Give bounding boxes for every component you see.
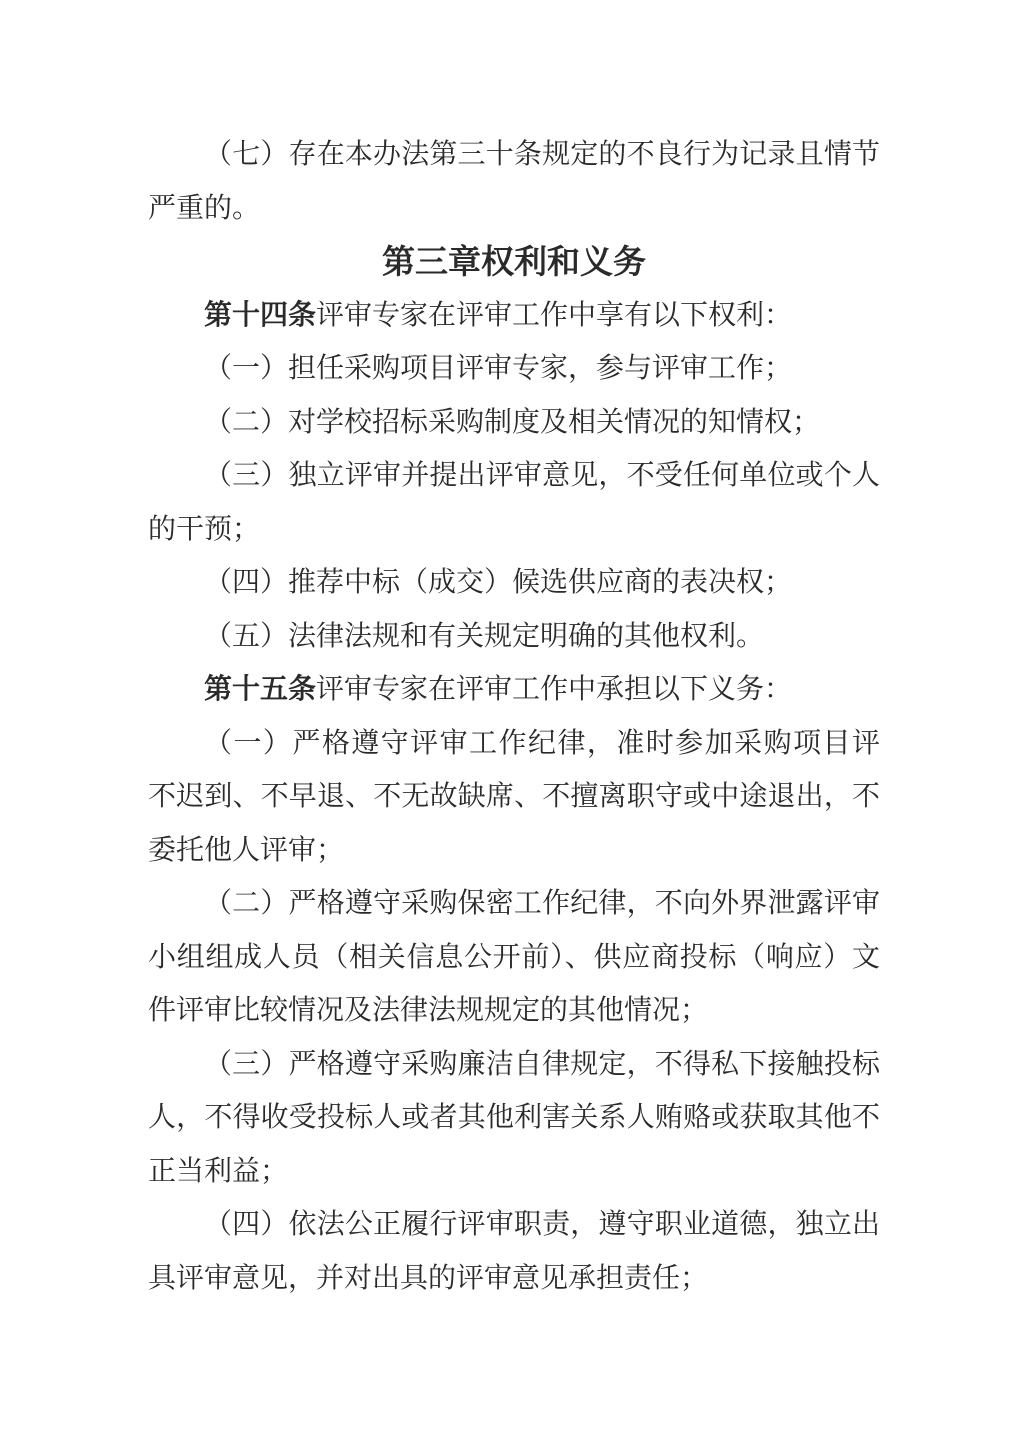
- duty-item-4-line-2: 具评审意见，并对出具的评审意见承担责任；: [148, 1252, 880, 1306]
- duty-item-3-line-1: （三）严格遵守采购廉洁自律规定，不得私下接触投标: [148, 1038, 880, 1092]
- duty-item-2-line-1: （二）严格遵守采购保密工作纪律，不向外界泄露评审: [148, 877, 880, 931]
- duty-item-4-line-1: （四）依法公正履行评审职责，遵守职业道德，独立出: [148, 1198, 880, 1252]
- article-14-line: 第十四条评审专家在评审工作中享有以下权利：: [148, 289, 880, 343]
- article-15-number: 第十五条: [204, 674, 316, 705]
- clause-7-line-2: 严重的。: [148, 182, 880, 236]
- article-14-number: 第十四条: [204, 300, 316, 331]
- duty-item-2-line-2: 小组组成人员（相关信息公开前）、供应商投标（响应）文: [148, 931, 880, 985]
- duty-item-3-line-3: 正当利益；: [148, 1145, 880, 1199]
- document-page: （七）存在本办法第三十条规定的不良行为记录且情节 严重的。 第三章权利和义务 第…: [0, 0, 1024, 1448]
- right-item-1: （一）担任采购项目评审专家，参与评审工作；: [148, 342, 880, 396]
- article-15-line: 第十五条评审专家在评审工作中承担以下义务：: [148, 663, 880, 717]
- chapter-heading: 第三章权利和义务: [148, 235, 880, 289]
- duty-item-2-line-3: 件评审比较情况及法律法规规定的其他情况；: [148, 984, 880, 1038]
- right-item-2: （二）对学校招标采购制度及相关情况的知情权；: [148, 396, 880, 450]
- document-content: （七）存在本办法第三十条规定的不良行为记录且情节 严重的。 第三章权利和义务 第…: [148, 128, 880, 1305]
- right-item-3-line-1: （三）独立评审并提出评审意见，不受任何单位或个人: [148, 449, 880, 503]
- duty-item-3-line-2: 人，不得收受投标人或者其他利害关系人贿赂或获取其他不: [148, 1091, 880, 1145]
- article-14-text: 评审专家在评审工作中享有以下权利：: [316, 300, 792, 331]
- right-item-3-line-2: 的干预；: [148, 503, 880, 557]
- duty-item-1-line-2: 不迟到、不早退、不无故缺席、不擅离职守或中途退出，不: [148, 770, 880, 824]
- right-item-5: （五）法律法规和有关规定明确的其他权利。: [148, 610, 880, 664]
- clause-7-line-1: （七）存在本办法第三十条规定的不良行为记录且情节: [148, 128, 880, 182]
- right-item-4: （四）推荐中标（成交）候选供应商的表决权；: [148, 556, 880, 610]
- duty-item-1-line-1: （一）严格遵守评审工作纪律，准时参加采购项目评审，: [148, 717, 880, 771]
- article-15-text: 评审专家在评审工作中承担以下义务：: [316, 674, 792, 705]
- duty-item-1-line-3: 委托他人评审；: [148, 824, 880, 878]
